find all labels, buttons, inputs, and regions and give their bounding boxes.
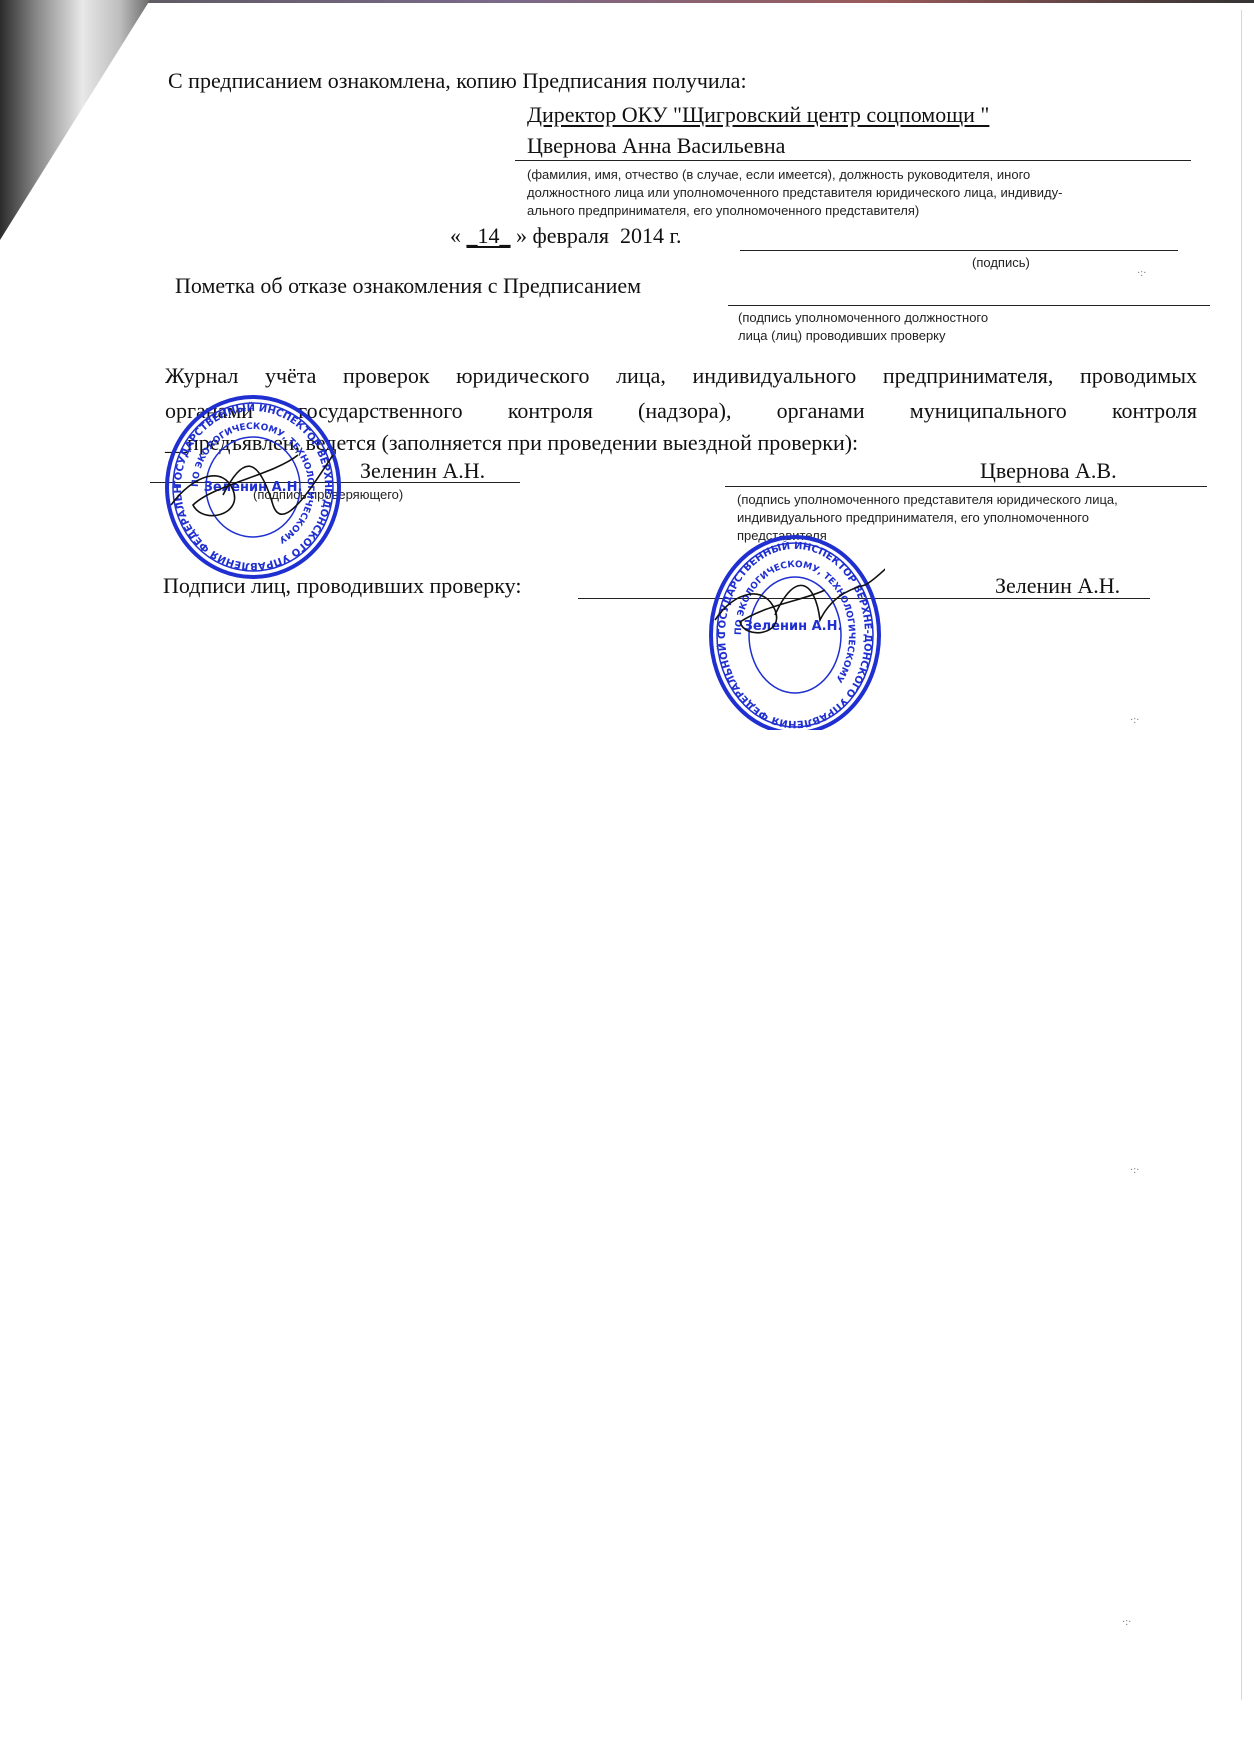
recipient-caption-1: (фамилия, имя, отчество (в случае, если … bbox=[527, 168, 1030, 181]
representative-caption-2: индивидуального предпринимателя, его упо… bbox=[737, 511, 1089, 524]
scan-right-edge bbox=[1241, 10, 1242, 1700]
official-stamp-2: ГОСУДАРСТВЕННЫЙ ИНСПЕКТОР ВЕРХНЕ-ДОНСКОГ… bbox=[705, 530, 885, 730]
scan-speck: ·:· bbox=[1122, 1617, 1131, 1628]
date-day: _14_ bbox=[467, 223, 511, 248]
representative-name: Цвернова А.В. bbox=[980, 460, 1117, 482]
date-close-quote: » bbox=[516, 223, 527, 248]
recipient-caption-3: ального предпринимателя, его уполномочен… bbox=[527, 204, 919, 217]
refusal-label: Пометка об отказе ознакомления с Предпис… bbox=[175, 275, 641, 297]
inspector-name: Зеленин А.Н. bbox=[360, 460, 485, 482]
refusal-caption-2: лица (лиц) проводивших проверку bbox=[738, 329, 946, 342]
svg-text:Зеленин А.Н.: Зеленин А.Н. bbox=[744, 619, 843, 634]
refusal-line bbox=[728, 305, 1210, 306]
refusal-caption-1: (подпись уполномоченного должностного bbox=[738, 311, 988, 324]
acknowledgement-text: С предписанием ознакомлена, копию Предпи… bbox=[168, 70, 747, 92]
recipient-position: Директор ОКУ "Щигровский центр соцпомощи… bbox=[527, 104, 989, 126]
signature-line bbox=[740, 250, 1178, 251]
signature-caption: (подпись) bbox=[972, 256, 1030, 269]
representative-caption-1: (подпись уполномоченного представителя ю… bbox=[737, 493, 1118, 506]
scan-speck: ·:· bbox=[1137, 268, 1146, 279]
date-open-quote: « bbox=[450, 223, 461, 248]
signatures-name: Зеленин А.Н. bbox=[995, 575, 1120, 597]
date-line: « _14_ » февраля 2014 г. bbox=[450, 225, 682, 247]
date-month: февраля bbox=[533, 223, 609, 248]
recipient-caption-2: должностного лица или уполномоченного пр… bbox=[527, 186, 1062, 199]
recipient-name: Цвернова Анна Васильевна bbox=[527, 135, 785, 157]
scan-speck: ·:· bbox=[1130, 1165, 1139, 1176]
representative-line bbox=[725, 486, 1207, 487]
official-stamp-1: ГОСУДАРСТВЕННЫЙ ИНСПЕКТОР ВЕРХНЕ-ДОНСКОГ… bbox=[163, 395, 343, 580]
svg-text:Зеленин А.Н.: Зеленин А.Н. bbox=[204, 480, 303, 495]
folded-corner bbox=[0, 0, 150, 240]
recipient-line bbox=[515, 160, 1191, 161]
journal-line-1: Журнал учёта проверок юридического лица,… bbox=[165, 365, 1197, 387]
date-year: 2014 г. bbox=[620, 223, 682, 248]
scan-top-border bbox=[0, 0, 1254, 3]
scan-speck: ·:· bbox=[1130, 715, 1139, 726]
